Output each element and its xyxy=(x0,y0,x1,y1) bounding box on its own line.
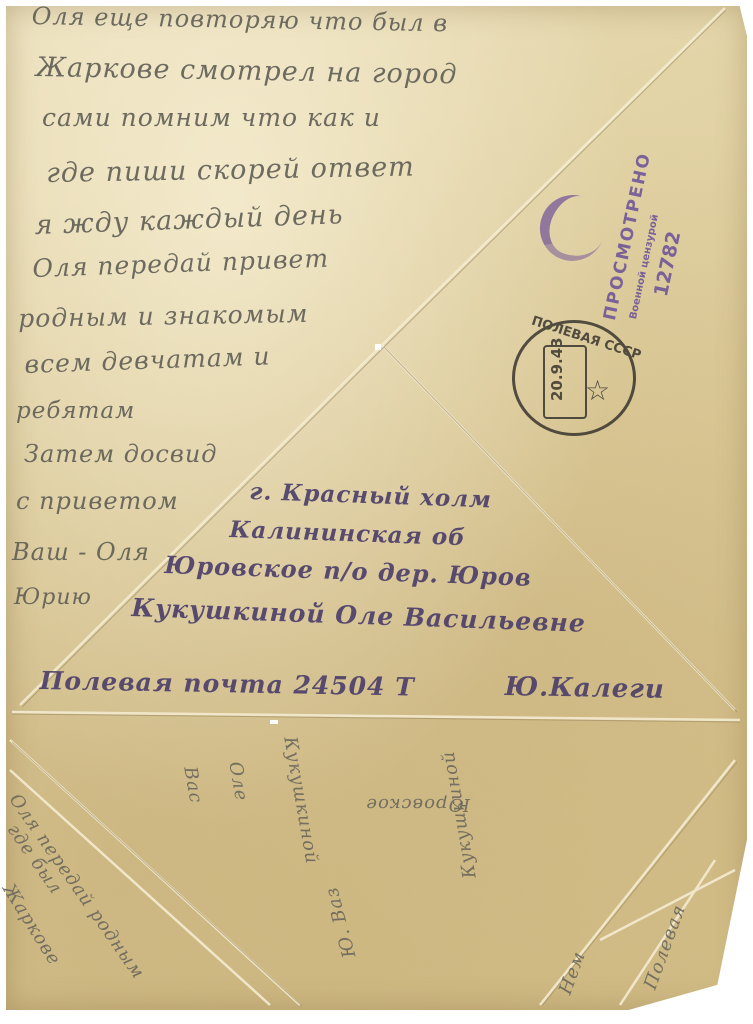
letter-line: где пиши скорей ответ xyxy=(46,152,415,189)
letter-line: Ваш - Оля xyxy=(12,538,150,566)
letter-line: с приветом xyxy=(16,487,179,515)
postmark-date: 20.9.43 xyxy=(548,337,566,401)
letter-line: ребятам xyxy=(16,398,135,424)
scan-artifact xyxy=(270,720,278,724)
field-post-postmark: ПОЛЕВАЯ СССР 20.9.43 ☆ xyxy=(512,320,636,436)
letter-line: сами помним что как и xyxy=(42,103,381,132)
address-line: Ю.Калеги xyxy=(504,672,665,705)
letter-line: родным и знакомым xyxy=(18,299,309,333)
scanned-letter-page: Оля еще повторяю что был в Жарковe смотр… xyxy=(0,0,753,1024)
star-icon: ☆ xyxy=(585,378,610,406)
scan-artifact xyxy=(375,344,381,350)
letter-line: Юрию xyxy=(14,585,92,610)
letter-line: Затем досвид xyxy=(24,440,218,468)
